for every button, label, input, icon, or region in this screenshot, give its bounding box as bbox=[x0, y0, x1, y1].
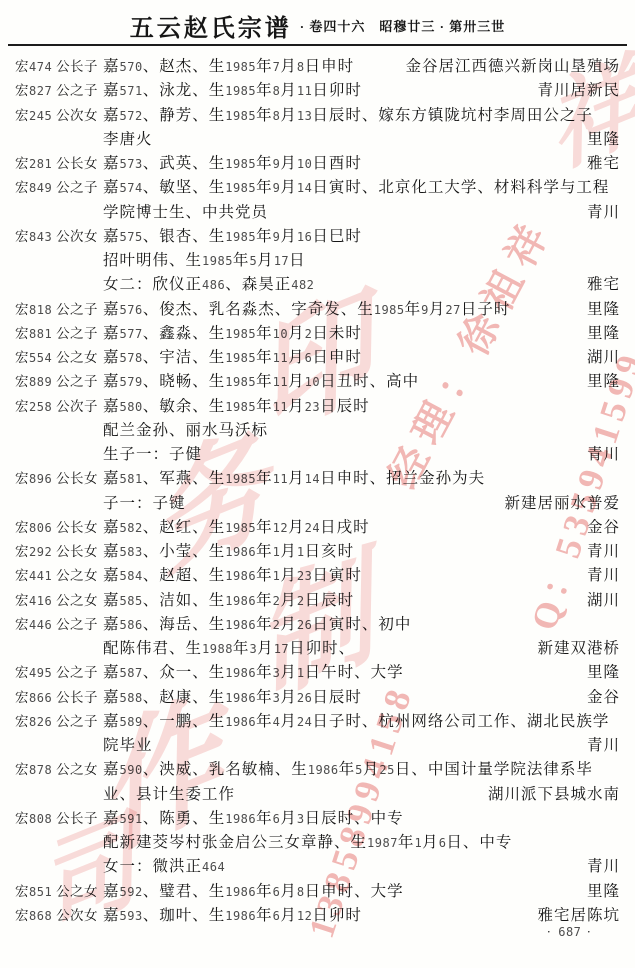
residence-label: 青川 bbox=[587, 442, 620, 464]
line-text: 嘉585、洁如、生1986年2月2日辰时 bbox=[103, 588, 587, 610]
genealogy-line: 生子一：子健 青川 bbox=[15, 441, 620, 465]
line-text: 嘉580、敏余、生1985年11月23日辰时 bbox=[103, 394, 620, 416]
residence-label: 青川 bbox=[587, 200, 620, 222]
genealogy-line: 宏281 公长女 嘉573、武英、生1985年9月10日酉时 雅宅 bbox=[15, 150, 620, 174]
member-id-label: 宏878 公之女 bbox=[15, 758, 103, 778]
residence-label: 雅宅 bbox=[587, 272, 620, 294]
line-text: 女二：欣仪正486、森昊正482 bbox=[103, 272, 587, 294]
member-id-label: 宏446 公之子 bbox=[15, 613, 103, 633]
genealogy-line: 女二：欣仪正486、森昊正482 雅宅 bbox=[15, 271, 620, 295]
line-text: 嘉573、武英、生1985年9月10日酉时 bbox=[103, 151, 587, 173]
member-id-label: 宏889 公之子 bbox=[15, 370, 103, 390]
line-text: 嘉581、军燕、生1985年11月14日申时、招兰金孙为夫 bbox=[103, 466, 620, 488]
residence-label: 金谷居江西德兴新岗山垦殖场 bbox=[405, 54, 620, 76]
residence-label: 里隆 bbox=[587, 879, 620, 901]
genealogy-line: 配兰金孙、丽水马沃标 bbox=[15, 417, 620, 441]
genealogy-line: 宏441 公之女 嘉584、赵超、生1986年1月23日寅时 青川 bbox=[15, 562, 620, 586]
genealogy-line: 宏806 公长女 嘉582、赵红、生1985年12月24日戌时 金谷 bbox=[15, 514, 620, 538]
genealogy-line: 宏808 公长子 嘉591、陈勇、生1986年6月3日辰时、中专 bbox=[15, 805, 620, 829]
member-id-label: 宏495 公之子 bbox=[15, 661, 103, 681]
residence-label: 青川 bbox=[587, 539, 620, 561]
genealogy-line: 配新建茭岑村张金启公三女章静、生1987年1月6日、中专 bbox=[15, 829, 620, 853]
line-text: 嘉576、俊杰、乳名淼杰、字奇发、生1985年9月27日子时 bbox=[103, 297, 587, 319]
genealogy-line: 宏881 公之子 嘉577、鑫淼、生1985年10月2日未时 里隆 bbox=[15, 320, 620, 344]
genealogy-line: 宏258 公次子 嘉580、敏余、生1985年11月23日辰时 bbox=[15, 393, 620, 417]
genealogy-page: 五云赵氏宗谱 · 卷四十六 昭穆廿三 · 第卅三世 宏474 公长子 嘉570、… bbox=[0, 0, 635, 968]
residence-label: 新建双港桥 bbox=[537, 636, 620, 658]
line-text: 嘉578、宇洁、生1985年11月6日申时 bbox=[103, 345, 587, 367]
genealogy-line: 宏416 公之女 嘉585、洁如、生1986年2月2日辰时 湖川 bbox=[15, 587, 620, 611]
residence-label: 青川 bbox=[587, 854, 620, 876]
residence-label: 雅宅居陈坑 bbox=[537, 903, 620, 925]
genealogy-line: 宏826 公之子 嘉589、一鹏、生1986年4月24日子时、杭州网络公司工作、… bbox=[15, 708, 620, 732]
member-id-label: 宏818 公之子 bbox=[15, 298, 103, 318]
line-text: 李唐火 bbox=[103, 127, 587, 149]
member-id-label: 宏881 公之子 bbox=[15, 322, 103, 342]
genealogy-line: 宏851 公之女 嘉592、璧君、生1986年6月8日申时、大学 里隆 bbox=[15, 878, 620, 902]
line-text: 院毕业 bbox=[103, 733, 587, 755]
residence-label: 湖川派下县城水南 bbox=[488, 782, 620, 804]
member-id-label: 宏281 公长女 bbox=[15, 152, 103, 172]
genealogy-line: 宏245 公次女 嘉572、静芳、生1985年8月13日辰时、嫁东方镇陇坑村李周… bbox=[15, 102, 620, 126]
residence-label: 雅宅 bbox=[587, 151, 620, 173]
genealogy-line: 宏843 公次女 嘉575、银杏、生1985年9月16日巳时 bbox=[15, 223, 620, 247]
member-id-label: 宏849 公之子 bbox=[15, 176, 103, 196]
genealogy-line: 宏889 公之子 嘉579、晓畅、生1985年11月10日丑时、高中 里隆 bbox=[15, 368, 620, 392]
entry-list: 宏474 公长子 嘉570、赵杰、生1985年7月8日申时 金谷居江西德兴新岗山… bbox=[15, 53, 620, 926]
member-id-label: 宏808 公长子 bbox=[15, 807, 103, 827]
line-text: 嘉583、小莹、生1986年1月1日亥时 bbox=[103, 539, 587, 561]
genealogy-line: 宏446 公之子 嘉586、海岳、生1986年2月26日寅时、初中 bbox=[15, 611, 620, 635]
member-id-label: 宏292 公长女 bbox=[15, 540, 103, 560]
genealogy-line: 业、县计生委工作 湖川派下县城水南 bbox=[15, 781, 620, 805]
genealogy-line: 女一：微洪正464 青川 bbox=[15, 853, 620, 877]
member-id-label: 宏416 公之女 bbox=[15, 589, 103, 609]
residence-label: 金谷 bbox=[587, 515, 620, 537]
genealogy-line: 李唐火 里隆 bbox=[15, 126, 620, 150]
volume-subtitle: · 卷四十六 昭穆廿三 · 第卅三世 bbox=[300, 19, 505, 34]
line-text: 嘉577、鑫淼、生1985年10月2日未时 bbox=[103, 321, 587, 343]
genealogy-line: 宏878 公之女 嘉590、泱威、乳名敏楠、生1986年5月25日、中国计量学院… bbox=[15, 756, 620, 780]
genealogy-line: 宏292 公长女 嘉583、小莹、生1986年1月1日亥时 青川 bbox=[15, 538, 620, 562]
line-text: 业、县计生委工作 bbox=[103, 782, 488, 804]
line-text: 嘉590、泱威、乳名敏楠、生1986年5月25日、中国计量学院法律系毕 bbox=[103, 757, 620, 779]
line-text: 生子一：子健 bbox=[103, 442, 587, 464]
member-id-label: 宏896 公长女 bbox=[15, 467, 103, 487]
line-text: 嘉593、珈叶、生1986年6月12日卯时 bbox=[103, 903, 537, 925]
line-text: 嘉586、海岳、生1986年2月26日寅时、初中 bbox=[103, 612, 620, 634]
member-id-label: 宏258 公次子 bbox=[15, 395, 103, 415]
member-id-label: 宏866 公长子 bbox=[15, 686, 103, 706]
residence-label: 里隆 bbox=[587, 127, 620, 149]
genealogy-line: 宏474 公长子 嘉570、赵杰、生1985年7月8日申时 金谷居江西德兴新岗山… bbox=[15, 53, 620, 77]
genealogy-line: 宏868 公次女 嘉593、珈叶、生1986年6月12日卯时 雅宅居陈坑 bbox=[15, 902, 620, 926]
header-rule bbox=[8, 44, 627, 46]
genealogy-line: 宏495 公之子 嘉587、众一、生1986年3月1日午时、大学 里隆 bbox=[15, 659, 620, 683]
line-text: 嘉584、赵超、生1986年1月23日寅时 bbox=[103, 563, 587, 585]
genealogy-line: 宏818 公之子 嘉576、俊杰、乳名淼杰、字奇发、生1985年9月27日子时 … bbox=[15, 296, 620, 320]
residence-label: 青川 bbox=[587, 733, 620, 755]
member-id-label: 宏441 公之女 bbox=[15, 564, 103, 584]
line-text: 配兰金孙、丽水马沃标 bbox=[103, 418, 620, 440]
residence-label: 青川居新民 bbox=[537, 78, 620, 100]
residence-label: 新建居丽水普爱 bbox=[504, 491, 620, 513]
residence-label: 里隆 bbox=[587, 369, 620, 391]
member-id-label: 宏843 公次女 bbox=[15, 225, 103, 245]
genealogy-line: 招叶明伟、生1985年5月17日 bbox=[15, 247, 620, 271]
line-text: 嘉591、陈勇、生1986年6月3日辰时、中专 bbox=[103, 806, 620, 828]
line-text: 嘉587、众一、生1986年3月1日午时、大学 bbox=[103, 660, 587, 682]
genealogy-line: 学院博士生、中共党员 青川 bbox=[15, 199, 620, 223]
member-id-label: 宏554 公之女 bbox=[15, 346, 103, 366]
genealogy-line: 院毕业 青川 bbox=[15, 732, 620, 756]
line-text: 配新建茭岑村张金启公三女章静、生1987年1月6日、中专 bbox=[103, 830, 620, 852]
line-text: 嘉575、银杏、生1985年9月16日巳时 bbox=[103, 224, 620, 246]
member-id-label: 宏826 公之子 bbox=[15, 710, 103, 730]
line-text: 嘉588、赵康、生1986年3月26日辰时 bbox=[103, 685, 587, 707]
residence-label: 青川 bbox=[587, 563, 620, 585]
line-text: 招叶明伟、生1985年5月17日 bbox=[103, 248, 620, 270]
member-id-label: 宏245 公次女 bbox=[15, 104, 103, 124]
member-id-label: 宏806 公长女 bbox=[15, 516, 103, 536]
genealogy-line: 宏554 公之女 嘉578、宇洁、生1985年11月6日申时 湖川 bbox=[15, 344, 620, 368]
line-text: 嘉589、一鹏、生1986年4月24日子时、杭州网络公司工作、湖北民族学 bbox=[103, 709, 620, 731]
genealogy-line: 宏849 公之子 嘉574、敏坚、生1985年9月14日寅时、北京化工大学、材料… bbox=[15, 174, 620, 198]
genealogy-line: 配陈伟君、生1988年3月17日卯时、 新建双港桥 bbox=[15, 635, 620, 659]
line-text: 嘉592、璧君、生1986年6月8日申时、大学 bbox=[103, 879, 587, 901]
residence-label: 里隆 bbox=[587, 660, 620, 682]
genealogy-line: 宏896 公长女 嘉581、军燕、生1985年11月14日申时、招兰金孙为夫 bbox=[15, 465, 620, 489]
residence-label: 湖川 bbox=[587, 588, 620, 610]
line-text: 嘉570、赵杰、生1985年7月8日申时 bbox=[103, 54, 405, 76]
member-id-label: 宏474 公长子 bbox=[15, 55, 103, 75]
book-title: 五云赵氏宗谱 bbox=[130, 16, 292, 42]
residence-label: 里隆 bbox=[587, 321, 620, 343]
genealogy-line: 宏827 公之子 嘉571、泳龙、生1985年8月11日卯时 青川居新民 bbox=[15, 77, 620, 101]
line-text: 女一：微洪正464 bbox=[103, 854, 587, 876]
member-id-label: 宏851 公之女 bbox=[15, 880, 103, 900]
residence-label: 里隆 bbox=[587, 297, 620, 319]
line-text: 嘉571、泳龙、生1985年8月11日卯时 bbox=[103, 78, 537, 100]
residence-label: 湖川 bbox=[587, 345, 620, 367]
member-id-label: 宏868 公次女 bbox=[15, 904, 103, 924]
residence-label: 金谷 bbox=[587, 685, 620, 707]
genealogy-line: 宏866 公长子 嘉588、赵康、生1986年3月26日辰时 金谷 bbox=[15, 684, 620, 708]
line-text: 学院博士生、中共党员 bbox=[103, 200, 587, 222]
page-header: 五云赵氏宗谱 · 卷四十六 昭穆廿三 · 第卅三世 bbox=[0, 8, 635, 43]
line-text: 嘉579、晓畅、生1985年11月10日丑时、高中 bbox=[103, 369, 587, 391]
line-text: 嘉572、静芳、生1985年8月13日辰时、嫁东方镇陇坑村李周田公之子 bbox=[103, 103, 620, 125]
line-text: 子一：子键 bbox=[103, 491, 504, 513]
line-text: 嘉582、赵红、生1985年12月24日戌时 bbox=[103, 515, 587, 537]
line-text: 配陈伟君、生1988年3月17日卯时、 bbox=[103, 636, 537, 658]
line-text: 嘉574、敏坚、生1985年9月14日寅时、北京化工大学、材料科学与工程 bbox=[103, 175, 620, 197]
member-id-label: 宏827 公之子 bbox=[15, 79, 103, 99]
genealogy-line: 子一：子键 新建居丽水普爱 bbox=[15, 490, 620, 514]
page-number: · 687 · bbox=[547, 924, 593, 940]
